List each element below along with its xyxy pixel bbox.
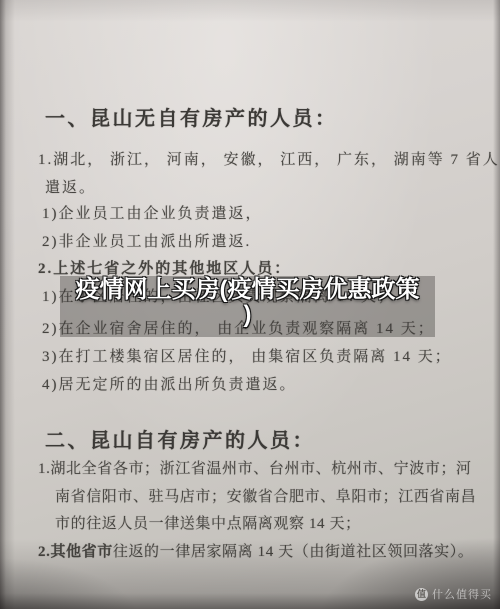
smzdm-watermark: 值 什么值得买 <box>415 586 492 602</box>
section1-item1-line1: 1.湖北， 浙江， 河南， 安徽， 江西， 广东， 湖南等 7 省人员全部 <box>38 148 500 169</box>
section1-subitem2: 2)非企业员工由派出所遣返. <box>42 230 251 251</box>
section1-subitem5: 3)在打工楼集宿区居住的， 由集宿区负责隔离 14 天； <box>42 345 452 366</box>
section2-item1-line1: 1.湖北全省各市；浙江省温州市、台州市、杭州市、宁波市；河 <box>38 457 472 478</box>
overlay-caption-banner: 疫情网上买房(疫情买房优惠政策 ) <box>60 276 435 337</box>
section1-subitem1: 1)企业员工由企业负责遣返， <box>42 202 263 223</box>
section2-item2-lead: 2.其他省市 <box>38 544 113 560</box>
section1-item2: 2.上述七省之外的其他地区人员： <box>38 257 291 278</box>
section2-heading: 二、昆山自有房产的人员： <box>45 424 315 453</box>
document-photo: 一、昆山无自有房产的人员： 1.湖北， 浙江， 河南， 安徽， 江西， 广东， … <box>0 0 500 609</box>
section1-heading: 一、昆山无自有房产的人员： <box>45 102 338 131</box>
smzdm-logo-icon: 值 <box>415 588 428 601</box>
section2-item2: 2.其他省市往返的一律居家隔离 14 天（由街道社区领回落实）。 <box>38 540 473 561</box>
smzdm-watermark-label: 什么值得买 <box>432 586 492 602</box>
section1-subitem6: 4)居无定所的由派出所负责遣返。 <box>42 373 297 394</box>
overlay-caption-line2: ) <box>244 301 252 329</box>
section2-item1-line3: 市的往返人员一律送集中点隔离观察 14 天； <box>55 512 361 533</box>
overlay-caption-line1: 疫情网上买房(疫情买房优惠政策 <box>76 276 420 304</box>
section2-item2-rest: 往返的一律居家隔离 14 天（由街道社区领回落实）。 <box>113 544 474 560</box>
section1-item1-line2: 遣返。 <box>45 176 96 197</box>
section2-item1-line2: 南省信阳市、驻马店市；安徽省合肥市、阜阳市；江西省南昌 <box>55 485 476 506</box>
